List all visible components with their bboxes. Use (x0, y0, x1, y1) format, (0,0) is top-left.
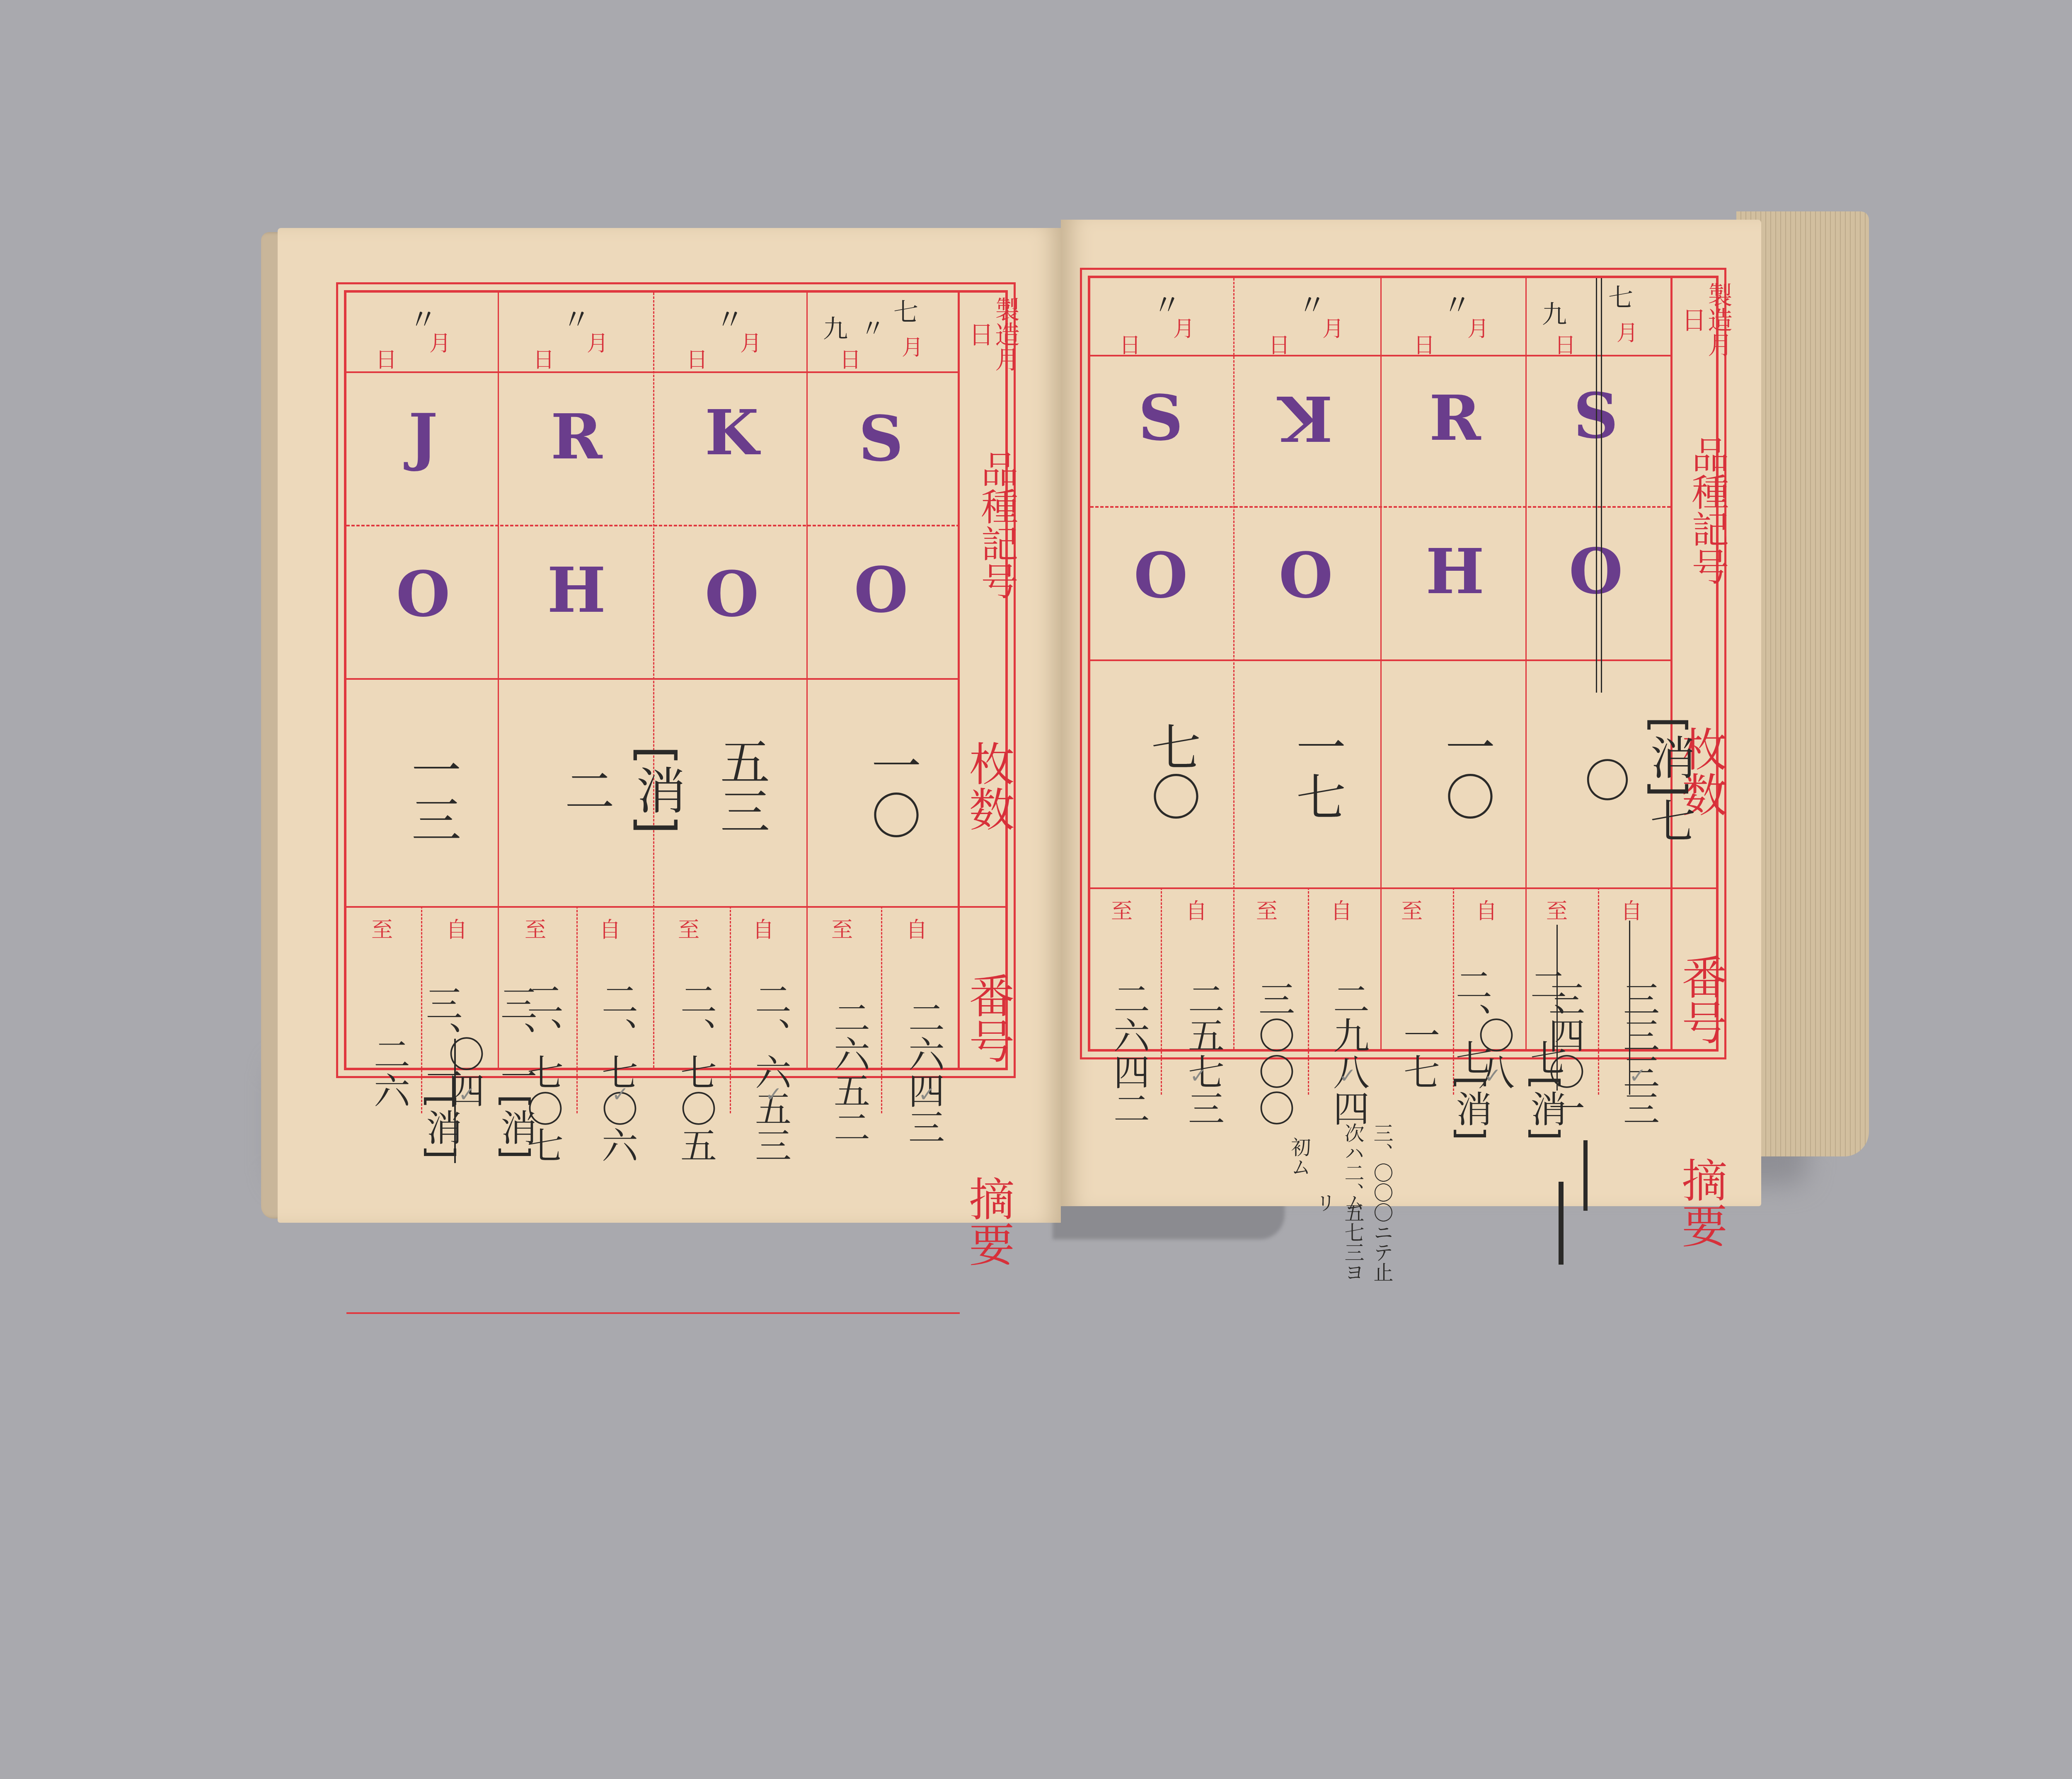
sheet-count: 七〇 (1136, 709, 1207, 834)
subcolumn-divider (1598, 887, 1599, 1095)
stamp-code-bottom: O (382, 558, 465, 631)
subcolumn-divider (881, 906, 882, 1113)
month-label: 月 (1617, 315, 1638, 347)
header-manufacture-date: 製造月日 (1679, 282, 1731, 357)
row-divider (346, 371, 960, 373)
month-label: 月 (740, 326, 762, 357)
header-variety-code: 品種記号 (976, 380, 1016, 670)
from-label: 自 (1476, 894, 1497, 925)
right-ledger-grid: 製造月日 品種記号 枚数 番号 摘要 〃 月 日 〃 月 日 〃 月 日 九 七… (1088, 276, 1719, 1052)
stamp-code-top-inverted: K (1264, 382, 1347, 455)
stamp-code-bottom: O (840, 554, 922, 627)
from-label: 自 (906, 912, 927, 943)
column-divider (1525, 278, 1527, 1049)
stamp-code-top: J (382, 400, 465, 473)
header-remarks: 摘要 (964, 1130, 1012, 1312)
stamp-code-bottom: H (535, 554, 618, 627)
remarks-line-3: 初ム (1285, 1115, 1314, 1198)
month-label: 月 (429, 326, 451, 357)
strike-through-line (1601, 278, 1602, 693)
stamp-code-top: S (840, 402, 922, 475)
day-label: 日 (840, 342, 861, 373)
row-divider (346, 1312, 960, 1314)
date-day: 九 (823, 309, 848, 345)
check-mark: ✓ (1339, 1064, 1356, 1088)
check-mark: ✓ (1190, 1064, 1207, 1088)
month-label: 月 (1322, 311, 1344, 342)
number-from: 二五七三 (1177, 954, 1230, 1153)
check-mark: ✓ (1629, 1064, 1646, 1088)
month-label: 月 (902, 330, 923, 361)
column-divider (653, 293, 654, 1068)
number-to: 二六五二 (823, 972, 875, 1171)
right-page: 製造月日 品種記号 枚数 番号 摘要 〃 月 日 〃 月 日 〃 月 日 九 七… (1061, 220, 1761, 1206)
sheet-count: 五三 (705, 724, 776, 848)
stamp-code-bottom: O (1119, 539, 1202, 612)
stamp-code-bottom: H (1414, 535, 1496, 608)
remarks-line-2: 次ハ二、五七三ヨリ (1310, 1115, 1367, 1289)
from-label: 自 (1186, 894, 1207, 925)
scribble-mark (1583, 1140, 1588, 1211)
day-label: 日 (533, 342, 554, 373)
number-to: 三四〇一 (1538, 954, 1590, 1153)
number-to: 二六四二 (1103, 954, 1155, 1153)
day-label: 日 (1554, 328, 1576, 359)
subcolumn-divider (1308, 887, 1309, 1095)
check-mark: ✓ (1484, 1064, 1501, 1088)
from-label: 自 (753, 912, 774, 943)
check-mark: ✓ (765, 1082, 782, 1106)
sheet-count: 一三 (396, 732, 467, 856)
column-divider (806, 293, 808, 1068)
subcolumn-divider (576, 906, 578, 1113)
row-divider (346, 678, 960, 680)
row-divider (1090, 659, 1670, 661)
to-label: 至 (525, 912, 546, 943)
sheet-count: 一〇 (1430, 709, 1501, 834)
stamp-code-top: R (535, 400, 618, 473)
column-divider (958, 293, 960, 1068)
day-label: 日 (1268, 328, 1290, 359)
subcolumn-divider (730, 906, 731, 1113)
date-mark: 〃 (860, 309, 885, 345)
row-divider (1090, 506, 1670, 508)
number-from: 二六四三 (898, 972, 950, 1171)
check-mark: ✓ (458, 1082, 476, 1106)
row-divider (1090, 887, 1716, 889)
month-label: 月 (1173, 311, 1195, 342)
number-from: 二、七〇六 (591, 972, 643, 1171)
row-divider (1090, 355, 1670, 356)
stamp-code-bottom: O (1264, 539, 1347, 612)
from-label: 自 (1621, 894, 1642, 925)
strike-through-line (1556, 925, 1558, 1091)
header-serial-number: 番号 (1677, 896, 1725, 1103)
left-ledger-grid: 製造月日 品種記号 枚数 番号 摘要 〃 月 日 〃 月 日 〃 月 日 九 〃… (344, 290, 1008, 1070)
number-from: 二、六五三 (744, 972, 796, 1171)
stamp-code-top: R (1414, 382, 1496, 455)
date-month: 七 (1608, 278, 1633, 314)
check-mark: ✓ (918, 1082, 936, 1106)
to-label: 至 (1256, 894, 1278, 925)
day-label: 日 (686, 342, 708, 373)
stamp-code-bottom: O (690, 558, 773, 631)
header-serial-number: 番号 (964, 914, 1012, 1122)
header-manufacture-date: 製造月日 (966, 297, 1018, 371)
strike-through-line (1596, 278, 1597, 693)
to-label: 至 (678, 912, 700, 943)
sheet-count: [消]二 (549, 728, 692, 852)
number-from: 三三三三 (1612, 954, 1665, 1153)
column-divider (498, 293, 499, 1068)
day-label: 日 (1119, 328, 1141, 359)
day-label: 日 (375, 342, 397, 373)
strike-through-mark (454, 1039, 456, 1163)
to-label: 至 (831, 912, 853, 943)
to-label: 至 (371, 912, 393, 943)
sheet-count: 一七 (1281, 709, 1352, 834)
subcolumn-divider (1161, 887, 1162, 1095)
day-label: 日 (1414, 328, 1435, 359)
month-label: 月 (1467, 311, 1489, 342)
left-page: 製造月日 品種記号 枚数 番号 摘要 〃 月 日 〃 月 日 〃 月 日 九 〃… (278, 228, 1061, 1223)
header-remarks: 摘要 (1677, 1111, 1725, 1294)
scribble-mark (1559, 1182, 1564, 1265)
from-label: 自 (599, 912, 621, 943)
date-month: 七 (893, 293, 918, 328)
to-label: 至 (1401, 894, 1423, 925)
from-label: 自 (446, 912, 467, 943)
sheet-count: 一〇 (856, 728, 927, 852)
stamp-code-top: K (690, 396, 773, 469)
row-divider (346, 525, 960, 526)
sheet-count: [消]七〇 (1571, 709, 1702, 850)
column-divider (1380, 278, 1382, 1049)
date-day: 九 (1542, 295, 1567, 330)
number-to: 二、七〇五 (670, 972, 722, 1171)
header-sheet-count: 枚数 (964, 691, 1012, 881)
column-divider (1670, 278, 1673, 1049)
row-divider (346, 906, 1005, 908)
header-variety-code: 品種記号 (1687, 365, 1726, 655)
number-to: 二、七〇七 (516, 972, 569, 1171)
from-label: 自 (1331, 894, 1352, 925)
to-label: 至 (1546, 894, 1568, 925)
to-label: 至 (1111, 894, 1133, 925)
month-label: 月 (587, 326, 608, 357)
open-ledger-book: 製造月日 品種記号 枚数 番号 摘要 〃 月 日 〃 月 日 〃 月 日 九 〃… (261, 211, 1869, 1235)
column-divider (1233, 278, 1234, 1049)
stamp-code-top: S (1119, 382, 1202, 455)
check-mark: ✓ (612, 1082, 629, 1106)
